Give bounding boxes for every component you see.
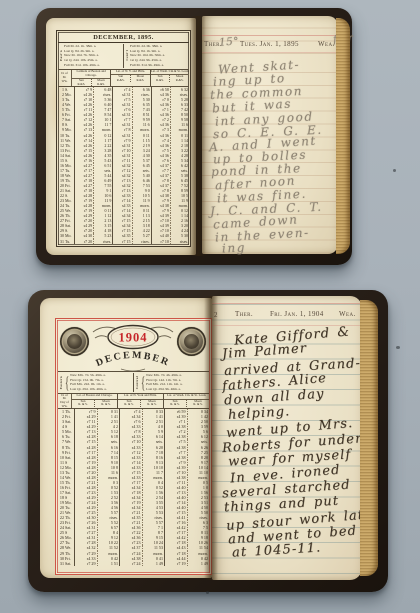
moon-phase-entry: Last Qr. 29d. 10h. 46m. a. — [70, 387, 133, 392]
time-cell: r7 29 — [74, 561, 97, 566]
time-cell: rises. — [93, 239, 112, 244]
diary-1904-calendar-page: 1904 DECEMBER Eastern{New M'n. 7d. 5h. 4… — [40, 298, 212, 578]
diary-1904-entry-page: 2 Ther. Fri. Jan. 1, 1904 Wea. Kate Giff… — [212, 296, 362, 580]
gutter-shadow — [204, 296, 218, 580]
almanac-column-headers: D. ofM.W'k.Latitude of Boston and Chicag… — [58, 70, 189, 88]
moon-phase-entry: Last Qr. 29d. 9h. 46m. a. — [146, 387, 209, 392]
year-text: 1904 — [119, 331, 148, 345]
day-column-header: D. ofM.Day ofW'k. — [58, 394, 72, 408]
time-cell: rises. — [132, 239, 151, 244]
latitude-group-header: Latitude of Boston and Chicago.SunR.&S.M… — [72, 70, 110, 87]
subheader-cell: SunR. & S. — [72, 400, 94, 407]
calendar-header-1904: 1904 DECEMBER — [58, 321, 209, 372]
diary-1895-calendar-page: DECEMBER, 1895. East'nFull M. 2d. 1h. 38… — [46, 18, 196, 255]
time-cell: 1 49 — [142, 561, 165, 566]
subheader-cell: MoonR.&S. — [130, 75, 150, 82]
time-cell: r7 19 — [164, 561, 187, 566]
photo-scene: DECEMBER, 1895. East'nFull M. 2d. 1h. 38… — [0, 0, 420, 613]
subheader-line: R.&S. — [151, 79, 170, 83]
time-cell: r7 24 — [119, 561, 142, 566]
time-cell: 1 51 — [97, 561, 120, 566]
subheader-cell: MoonR. & S. — [140, 400, 163, 407]
moon-phase-lines: New M'n. 7d. 5h. 49m. a.First Qr. 15d. 0… — [70, 373, 133, 392]
subheader-cell: SunR.&S. — [111, 75, 130, 82]
subheader-line: R. & S. — [118, 403, 140, 407]
date-heading: Tues. Jan. 1, 1895 — [240, 40, 299, 48]
moon-phase-column-left: Eastern{New M'n. 7d. 5h. 49m. a.First Qr… — [58, 373, 133, 392]
dust-speck — [393, 169, 396, 172]
wea-label: Wea. — [318, 40, 335, 48]
latitude-group-header: Lat. of N. Y. and Phila.SunR.&S.MoonR.&S… — [110, 70, 149, 87]
handwriting-line: ing — [222, 240, 247, 255]
dust-speck — [206, 591, 209, 594]
latitude-group-header: Lat. of N. York and Phila.SunR. & S.Moon… — [117, 394, 163, 408]
subheader-cell: MoonR.&S. — [91, 79, 111, 86]
day-column-header: D. ofM.W'k. — [58, 70, 72, 87]
subheader-cell: SunR.&S. — [72, 79, 91, 86]
subheader-line: R. & S. — [141, 403, 163, 407]
zodiac-medallion-left — [60, 327, 89, 356]
header-rule-line — [202, 52, 338, 53]
subheader-line: R. & S. — [164, 403, 186, 407]
sun-moon-subheader: SunR.&S.MoonR.&S. — [72, 79, 110, 86]
moon-phase-lines: New M'n. 7d. 4h. 49m. a.First Qr. 14d. 1… — [146, 373, 209, 392]
subheader-line: R. & S. — [72, 403, 94, 407]
subheader-line: R.&S. — [170, 79, 189, 83]
header-rule-line — [212, 303, 362, 304]
sun-moon-subheader: SunR. & S.MoonR. & S. — [72, 400, 117, 407]
wea-label: Wea. — [339, 310, 356, 318]
subheader-cell: SunR. & S. — [164, 400, 186, 407]
month-arched-text: DECEMBER — [94, 350, 171, 369]
dust-speck — [396, 346, 400, 349]
diary-1904: 1904 DECEMBER Eastern{New M'n. 7d. 5h. 4… — [28, 290, 388, 592]
moon-phase-region-label: Central — [135, 376, 139, 389]
brace-glyph: { — [65, 374, 69, 391]
time-cell: rises. — [170, 239, 189, 244]
moon-phase-block: Eastern{New M'n. 7d. 5h. 49m. a.First Qr… — [58, 372, 209, 394]
latitude-group-header: Lat. of Wash. Cin. & St. LouisSunR. & S.… — [163, 394, 209, 408]
almanac-column-headers: D. ofM.Day ofW'k.Lat. of Boston and Chic… — [58, 394, 209, 409]
handwriting-line: helping. — [228, 404, 291, 423]
subheader-line: R.&S. — [72, 83, 91, 87]
almanac-rows: 1S.r7 96 48r7 46 36r6 586 322Mo.s4 26ris… — [58, 87, 189, 243]
moon-phase-region-label: Cent'l — [125, 50, 129, 61]
ther-label: Ther. — [235, 310, 253, 318]
gutter-shadow — [190, 16, 206, 256]
diary-1895: DECEMBER, 1895. East'nFull M. 2d. 1h. 38… — [36, 8, 352, 265]
subheader-cell: MoonR. & S. — [94, 400, 117, 407]
time-cell: r7 15 — [112, 239, 131, 244]
flourish-tail — [121, 369, 145, 371]
moon-phase-lines: Full M. 2d. 1h. 38m. a.Last Q. 8d. 2h. 9… — [64, 44, 123, 68]
subheader-line: R.&S. — [131, 79, 150, 83]
svg-text:DECEMBER: DECEMBER — [94, 350, 171, 369]
moon-phase-column-left: East'nFull M. 2d. 1h. 38m. a.Last Q. 8d.… — [58, 44, 123, 68]
time-cell: r7 20 — [74, 239, 93, 244]
day-column-header-line: W'k. — [58, 80, 71, 84]
almanac-table-1895: DECEMBER, 1895. East'nFull M. 2d. 1h. 38… — [56, 30, 191, 247]
time-cell: r7 10 — [151, 239, 170, 244]
almanac-title: DECEMBER, 1895. — [58, 33, 189, 43]
diary-1895-entry-page: Ther. 15° Tues. Jan. 1, 1895 Wea. fair W… — [202, 16, 338, 254]
moon-phase-region-label: Eastern — [59, 376, 63, 389]
latitude-group-header: Lat. of Boston and Chicago.SunR. & S.Moo… — [72, 394, 117, 408]
almanac-rows: 1Th.r7 90 31r7 40 33r6 590 342Fri.s4 291… — [58, 409, 209, 565]
subheader-cell: SunR. & S. — [118, 400, 140, 407]
moon-phase-region-label: East'n — [59, 50, 63, 61]
year-cartouche: 1904 DECEMBER — [87, 322, 179, 372]
day-of-week: Tu. — [64, 239, 74, 244]
table-row: 31Sat.r7 291 51r7 241 49r7 191 49 — [58, 561, 209, 566]
sun-moon-subheader: SunR.&S.MoonR.&S. — [151, 75, 189, 82]
moon-phase-column-right: Central{New M'n. 7d. 4h. 49m. a.First Qr… — [133, 373, 209, 392]
sun-moon-subheader: SunR. & S.MoonR. & S. — [164, 400, 209, 407]
moon-phase-block: East'nFull M. 2d. 1h. 38m. a.Last Q. 8d.… — [58, 43, 189, 70]
day-column-header-line: W'k. — [58, 405, 71, 409]
moon-phase-lines: Full M. 2d. 0h. 38m. a.Last Q. 8d. 1h. 9… — [130, 44, 189, 68]
moon-phase-entry: Full M. 31d. 10h. 49m. a. — [64, 63, 123, 68]
day-of-week: Sat. — [64, 561, 74, 566]
subheader-cell: SunR.&S. — [151, 75, 170, 82]
sun-moon-subheader: SunR. & S.MoonR. & S. — [118, 400, 163, 407]
sun-moon-subheader: SunR.&S.MoonR.&S. — [111, 75, 149, 82]
ther-value-handwritten: 15° — [219, 35, 240, 48]
table-row: 31Tu.r7 20rises.r7 15rises.r7 10rises. — [58, 239, 189, 244]
almanac-table-1904: 1904 DECEMBER Eastern{New M'n. 7d. 5h. 4… — [55, 318, 212, 575]
subheader-line: R.&S. — [111, 79, 130, 83]
subheader-line: R. & S. — [95, 403, 117, 407]
subheader-line: R.&S. — [92, 83, 111, 87]
gilt-page-edges — [336, 18, 350, 254]
moon-phase-column-right: Cent'lFull M. 2d. 0h. 38m. a.Last Q. 8d.… — [123, 44, 189, 68]
brace-glyph: { — [141, 374, 145, 391]
subheader-cell: MoonR.&S. — [169, 75, 189, 82]
gilt-page-edges — [360, 300, 378, 576]
zodiac-medallion-right — [177, 327, 206, 356]
moon-phase-entry: Full M. 31d. 9h. 49m. a. — [130, 63, 189, 68]
latitude-group-header: Lat. of Wash. Cin.& St. LouisSunR.&S.Moo… — [150, 70, 189, 87]
date-heading: Fri. Jan. 1, 1904 — [270, 310, 324, 318]
